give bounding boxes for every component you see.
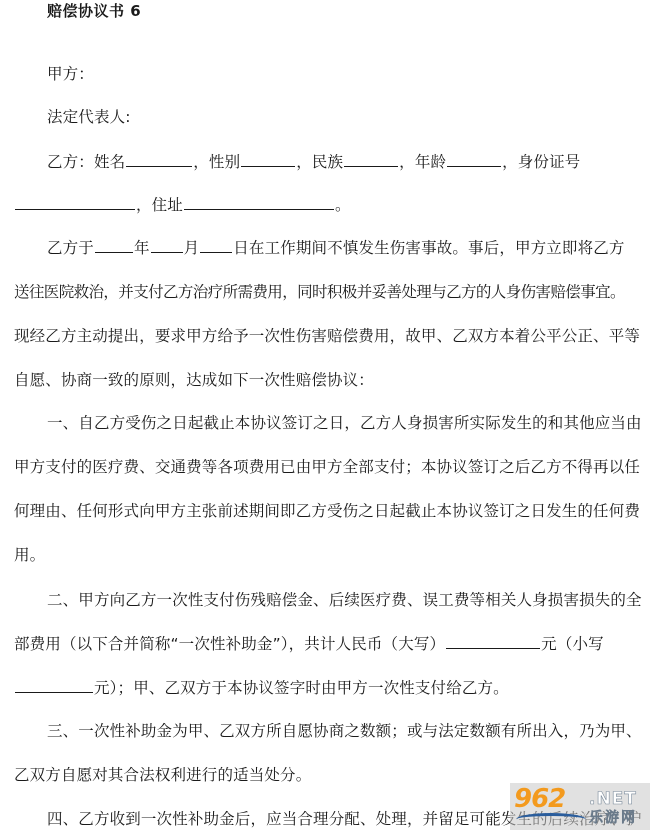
- party-b-line: 乙方：姓名，性别，民族，年龄，身份证号: [47, 151, 580, 173]
- clause-1-line-4: 用。: [14, 544, 45, 566]
- accident-line-4: 自愿、协商一致的原则，达成如下一次性赔偿协议：: [14, 369, 374, 391]
- legal-representative-label: 法定代表人:: [47, 106, 131, 128]
- address-label: ，住址: [136, 196, 183, 214]
- accident-text: 日在工作期间不慎发生伤害事故。事后，甲方立即将乙方: [233, 239, 624, 257]
- year-label: 年: [134, 239, 150, 257]
- amount-lowercase-blank: [15, 678, 93, 693]
- party-b-name-label: 乙方：姓名: [47, 153, 125, 171]
- clause-3-line-1: 三、一次性补助金为甲、乙双方所自愿协商之数额；或与法定数额有所出入，乃为甲、: [47, 720, 642, 742]
- accident-line-1: 乙方于年月日在工作期间不慎发生伤害事故。事后，甲方立即将乙方: [47, 237, 625, 259]
- year-blank: [95, 238, 133, 253]
- age-blank: [447, 152, 501, 167]
- accident-prefix: 乙方于: [47, 239, 94, 257]
- clause-2-line-2: 部费用（以下合并简称“一次性补助金”），共计人民币（大写）元（小写: [14, 633, 604, 655]
- site-watermark: 962 .NET 乐游网: [510, 783, 650, 830]
- id-number-blank: [15, 195, 135, 210]
- document-title: 赔偿协议书 6: [47, 1, 141, 21]
- clause-1-line-1: 一、自乙方受伤之日起截止本协议签订之日，乙方人身损害所实际发生的和其他应当由: [47, 412, 642, 434]
- watermark-domain: .NET: [589, 789, 637, 809]
- address-end: 。: [335, 196, 351, 214]
- watermark-swoosh-icon: [516, 813, 586, 826]
- party-a-label: 甲方：: [47, 63, 94, 85]
- age-label: ，年龄: [399, 153, 446, 171]
- watermark-number: 962: [514, 785, 565, 813]
- ethnicity-blank: [344, 152, 398, 167]
- clause-1-line-2: 甲方支付的医疗费、交通费等各项费用已由甲方全部支付；本协议签订之后乙方不得再以任: [14, 456, 640, 478]
- clause-3-line-2: 乙双方自愿对其合法权利进行的适当处分。: [14, 764, 311, 786]
- party-b-address-line: ，住址。: [14, 194, 351, 216]
- id-number-label: ，身份证号: [502, 153, 580, 171]
- clause-2-lowercase-label: 元（小写: [541, 635, 604, 653]
- clause-2-amount-text: 部费用（以下合并简称“一次性补助金”），共计人民币（大写）: [14, 635, 445, 653]
- gender-label: ，性别: [193, 153, 240, 171]
- clause-1-line-3: 何理由、任何形式向甲方主张前述期间即乙方受伤之日起截止本协议签订之日发生的任何费: [14, 500, 640, 522]
- name-blank: [126, 152, 192, 167]
- accident-line-3: 现经乙方主动提出，要求甲方给予一次性伤害赔偿费用，故甲、乙双方本着公平公正、平等: [14, 325, 640, 347]
- amount-uppercase-blank: [446, 634, 540, 649]
- address-blank: [184, 195, 334, 210]
- ethnicity-label: ，民族: [296, 153, 343, 171]
- month-blank: [151, 238, 183, 253]
- accident-line-2: 送往医院救治，并支付乙方治疗所需费用，同时积极并妥善处理与乙方的人身伤害赔偿事宜…: [14, 281, 625, 303]
- clause-2-line-1: 二、甲方向乙方一次性支付伤残赔偿金、后续医疗费、误工费等相关人身损害损失的全: [47, 589, 642, 611]
- clause-2-line-3: 元）；甲、乙双方于本协议签字时由甲方一次性支付给乙方。: [14, 677, 509, 699]
- day-blank: [200, 238, 232, 253]
- watermark-chinese-name: 乐游网: [589, 809, 637, 827]
- month-label: 月: [184, 239, 200, 257]
- clause-2-payment-text: 元）；甲、乙双方于本协议签字时由甲方一次性支付给乙方。: [94, 679, 509, 697]
- gender-blank: [241, 152, 295, 167]
